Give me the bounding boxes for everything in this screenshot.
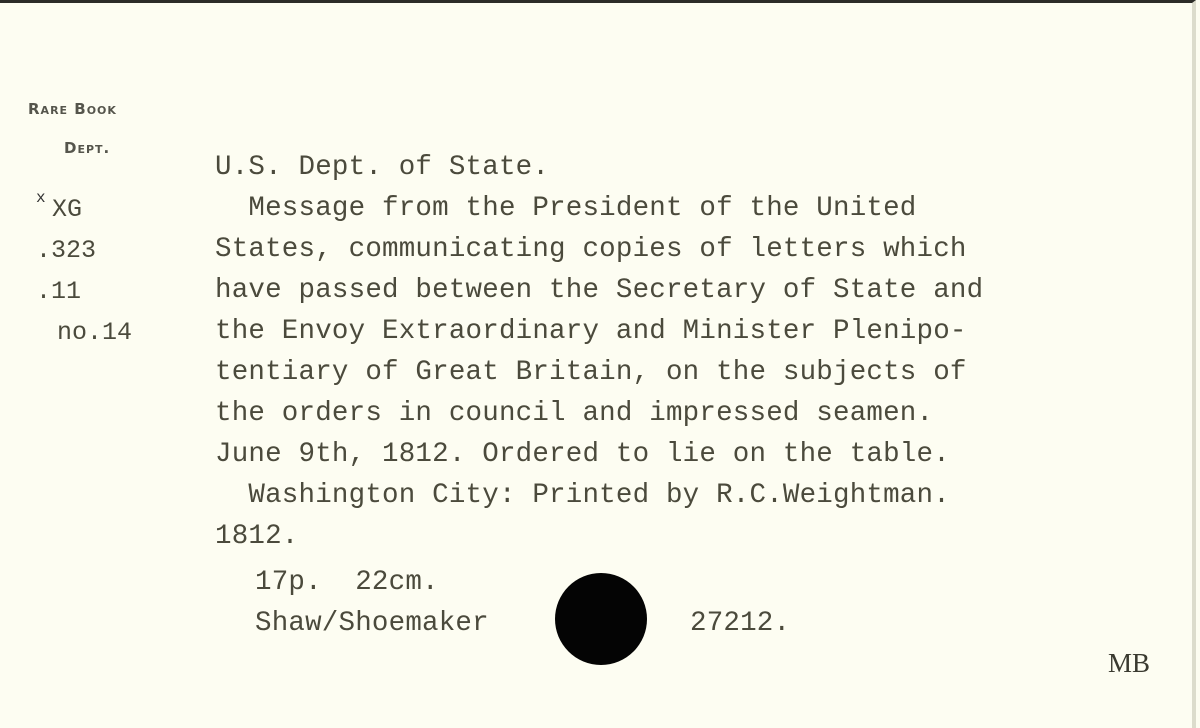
call-number-line: XG [52,189,82,230]
entry-body-line: the Envoy Extraordinary and Minister Ple… [215,311,967,352]
call-number-line: no.14 [57,312,132,353]
entry-body-line: have passed between the Secretary of Sta… [215,270,983,311]
reference-number: 27212. [690,603,790,644]
entry-body-line: 1812. [215,516,299,557]
entry-body-line: Message from the President of the United [215,188,917,229]
entry-body-line: Washington City: Printed by R.C.Weightma… [215,475,950,516]
catalog-card: Rare Book Dept. x XG .323 .11 no.14 U.S.… [0,0,1196,728]
call-number-line: .11 [36,271,81,312]
punch-hole [555,573,647,665]
collation: 17p. 22cm. [255,562,439,603]
entry-body-line: the orders in council and impressed seam… [215,393,933,434]
entry-body-line: tentiary of Great Britain, on the subjec… [215,352,967,393]
call-number-mark: x [36,189,46,207]
entry-heading: U.S. Dept. of State. [215,147,549,188]
call-number-line: .323 [36,230,96,271]
rare-book-stamp-line1: Rare Book [28,100,117,118]
entry-body-line: States, communicating copies of letters … [215,229,967,270]
reference-label: Shaw/Shoemaker [255,603,489,644]
cataloger-initials: MB [1108,648,1150,679]
rare-book-stamp-line2: Dept. [64,139,110,157]
entry-body-line: June 9th, 1812. Ordered to lie on the ta… [215,434,950,475]
